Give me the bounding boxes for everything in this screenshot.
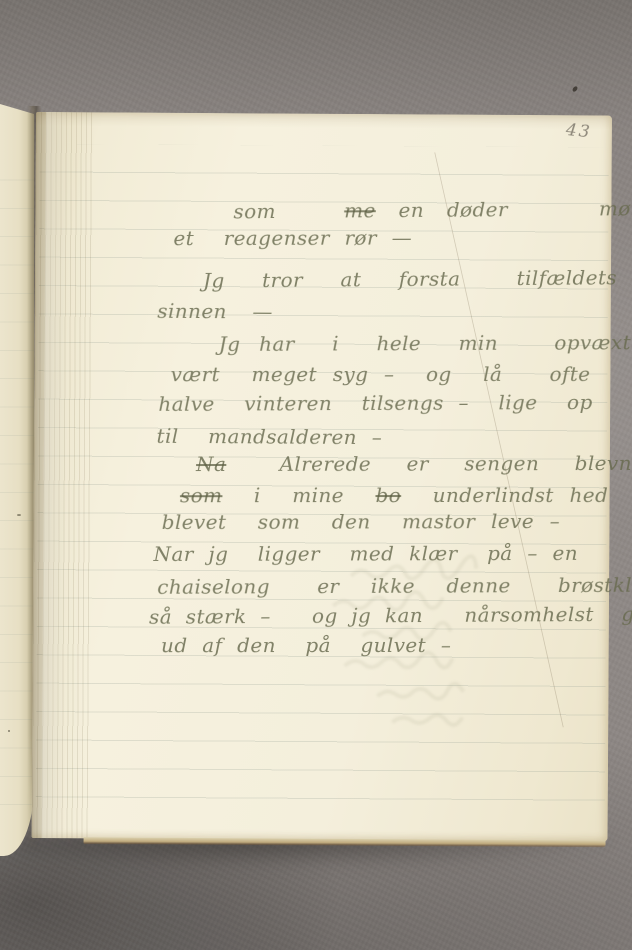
bleed-through-marks [332,555,476,725]
dust-speck [8,730,10,732]
crease-and-bleedthrough-overlay [32,112,612,842]
crease-line [431,152,567,727]
notebook-page: 43 som me en døder mørke et reagenser rø… [32,112,612,842]
pencil-fleck [17,514,21,516]
notebook-photo: 43 som me en døder mørke et reagenser rø… [0,0,632,950]
